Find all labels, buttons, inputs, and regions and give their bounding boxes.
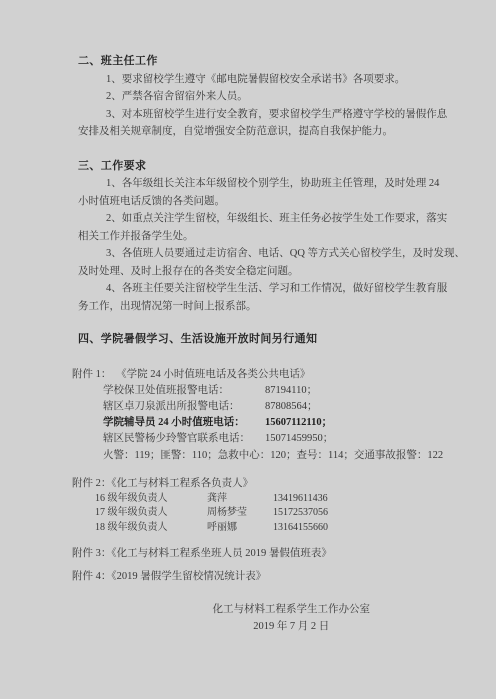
attachment-title-line: 附件 1：《学院 24 小时值班电话及各类公共电话》 — [72, 367, 436, 383]
section-work-requirements: 三、工作要求 1、各年级组长关注本年级留校个别学生，协助班主任管理，及时处理 2… — [72, 158, 436, 316]
contact-row: 18 级年级负责人 呼丽娜 13164155660 — [95, 521, 436, 536]
contact-phone: 13164155660 — [273, 521, 328, 536]
section-facilities-notice: 四、学院暑假学习、生活设施开放时间另行通知 — [72, 331, 436, 349]
phone-label: 学校保卫处值班报警电话： — [103, 383, 265, 399]
body-line: 及时处理、及时上报存在的各类安全稳定问题。 — [78, 263, 436, 281]
body-line: 1、要求留校学生遵守《邮电院暑假留校安全承诺书》各项要求。 — [78, 71, 436, 89]
body-line: 1、各年级组长关注本年级留校个别学生，协助班主任管理，及时处理 24 — [78, 175, 436, 193]
contact-phone: 13419611436 — [273, 492, 328, 507]
body-line: 小时值班电话反馈的各类问题。 — [78, 193, 436, 211]
contact-grade: 16 级年级负责人 — [95, 492, 207, 507]
attachment-1: 附件 1：《学院 24 小时值班电话及各类公共电话》 学校保卫处值班报警电话： … — [72, 367, 436, 464]
document-page: 二、班主任工作 1、要求留校学生遵守《邮电院暑假留校安全承诺书》各项要求。 2、… — [0, 0, 496, 699]
contact-grade: 18 级年级负责人 — [95, 521, 207, 536]
attachment-4-line: 附件 4：《2019 暑假学生留校情况统计表》 — [72, 568, 436, 585]
contact-row: 17 级年级负责人 周杨梦莹 15172537056 — [95, 506, 436, 521]
attachment-title: 《学院 24 小时值班电话及各类公共电话》 — [121, 369, 310, 380]
section-homeroom-teacher-work: 二、班主任工作 1、要求留校学生遵守《邮电院暑假留校安全承诺书》各项要求。 2、… — [72, 53, 436, 141]
body-line: 2、严禁各宿舍留宿外来人员。 — [78, 88, 436, 106]
phone-row-counselor-hotline: 学院辅导员 24 小时值班电话： 15607112110； — [103, 415, 436, 431]
body-line: 务工作，出现情况第一时间上报系部。 — [78, 298, 436, 316]
contact-grade: 17 级年级负责人 — [95, 506, 207, 521]
phone-row: 学校保卫处值班报警电话： 87194110； — [103, 383, 436, 399]
attachment-label: 附件 1： — [72, 369, 111, 380]
body-line: 相关工作并报备学生处。 — [78, 228, 436, 246]
phone-number: 87808564； — [265, 399, 318, 415]
body-line: 2、如重点关注学生留校，年级组长、班主任务必按学生处工作要求，落实 — [78, 210, 436, 228]
contact-name: 周杨梦莹 — [207, 506, 273, 521]
phone-label: 学院辅导员 24 小时值班电话： — [103, 415, 265, 431]
body-line: 3、对本班留校学生进行安全教育，要求留校学生严格遵守学校的暑假作息 — [78, 106, 436, 124]
attachment-3-line: 附件 3：《化工与材料工程系坐班人员 2019 暑假值班表》 — [72, 545, 436, 562]
contact-phone: 15172537056 — [273, 506, 328, 521]
section-heading: 二、班主任工作 — [78, 53, 436, 71]
section-heading: 四、学院暑假学习、生活设施开放时间另行通知 — [78, 331, 436, 349]
body-line: 4、各班主任要关注留校学生生活、学习和工作情况，做好留校学生教育服 — [78, 280, 436, 298]
signature-date: 2019 年 7 月 2 日 — [213, 618, 371, 635]
phone-label: 辖区卓刀泉派出所报警电话： — [103, 399, 265, 415]
signature-block: 化工与材料工程系学生工作办公室 2019 年 7 月 2 日 — [213, 601, 371, 635]
phone-number: 15607112110； — [265, 415, 332, 431]
body-line: 3、各值班人员要通过走访宿舍、电话、QQ 等方式关心留校学生，及时发现、 — [78, 245, 436, 263]
attachment-label: 附件 2： — [72, 478, 111, 489]
attachment-2: 附件 2：《化工与材料工程系各负责人》 16 级年级负责人 龚萍 1341961… — [72, 476, 436, 536]
phone-number: 87194110； — [265, 383, 317, 399]
attachment-title: 《化工与材料工程系各负责人》 — [111, 478, 253, 489]
attachment-title-line: 附件 2：《化工与材料工程系各负责人》 — [72, 476, 436, 492]
phone-row: 辖区卓刀泉派出所报警电话： 87808564； — [103, 399, 436, 415]
phone-number: 15071459950； — [265, 431, 333, 447]
phone-row: 辖区民警杨少玲警官联系电话： 15071459950； — [103, 431, 436, 447]
section-heading: 三、工作要求 — [78, 158, 436, 176]
phone-label: 辖区民警杨少玲警官联系电话： — [103, 431, 265, 447]
emergency-numbers-line: 火警：119；匪警：110；急救中心：120；查号：114；交通事故报警：122 — [103, 447, 436, 464]
body-line: 安排及相关规章制度，自觉增强安全防范意识，提高自我保护能力。 — [78, 123, 436, 141]
signature-office: 化工与材料工程系学生工作办公室 — [213, 601, 371, 618]
contact-name: 呼丽娜 — [207, 521, 273, 536]
contact-row: 16 级年级负责人 龚萍 13419611436 — [95, 492, 436, 507]
contact-name: 龚萍 — [207, 492, 273, 507]
